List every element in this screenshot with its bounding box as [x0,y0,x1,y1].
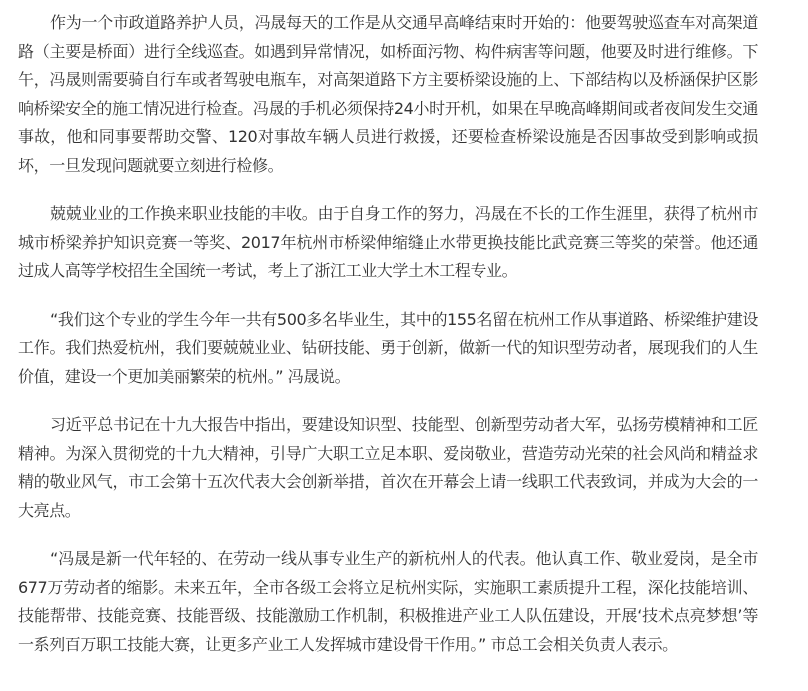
paragraph-union-statement: “冯晟是新一代年轻的、在劳动一线从事专业生产的新杭州人的代表。他认真工作、敬业爱… [18,545,758,659]
paragraph-quote-feng-sheng: “我们这个专业的学生今年一共有500多名毕业生，其中的155名留在杭州工作从事道… [18,306,758,392]
paragraph-daily-work: 作为一个市政道路养护人员，冯晟每天的工作是从交通早高峰结束时开始的：他要驾驶巡查… [18,9,758,180]
paragraph-congress-report: 习近平总书记在十九大报告中指出，要建设知识型、技能型、创新型劳动者大军，弘扬劳模… [18,411,758,525]
article-body: 作为一个市政道路养护人员，冯晟每天的工作是从交通早高峰结束时开始的：他要驾驶巡查… [0,0,758,659]
paragraph-skills-awards: 兢兢业业的工作换来职业技能的丰收。由于自身工作的努力，冯晟在不长的工作生涯里，获… [18,200,758,286]
